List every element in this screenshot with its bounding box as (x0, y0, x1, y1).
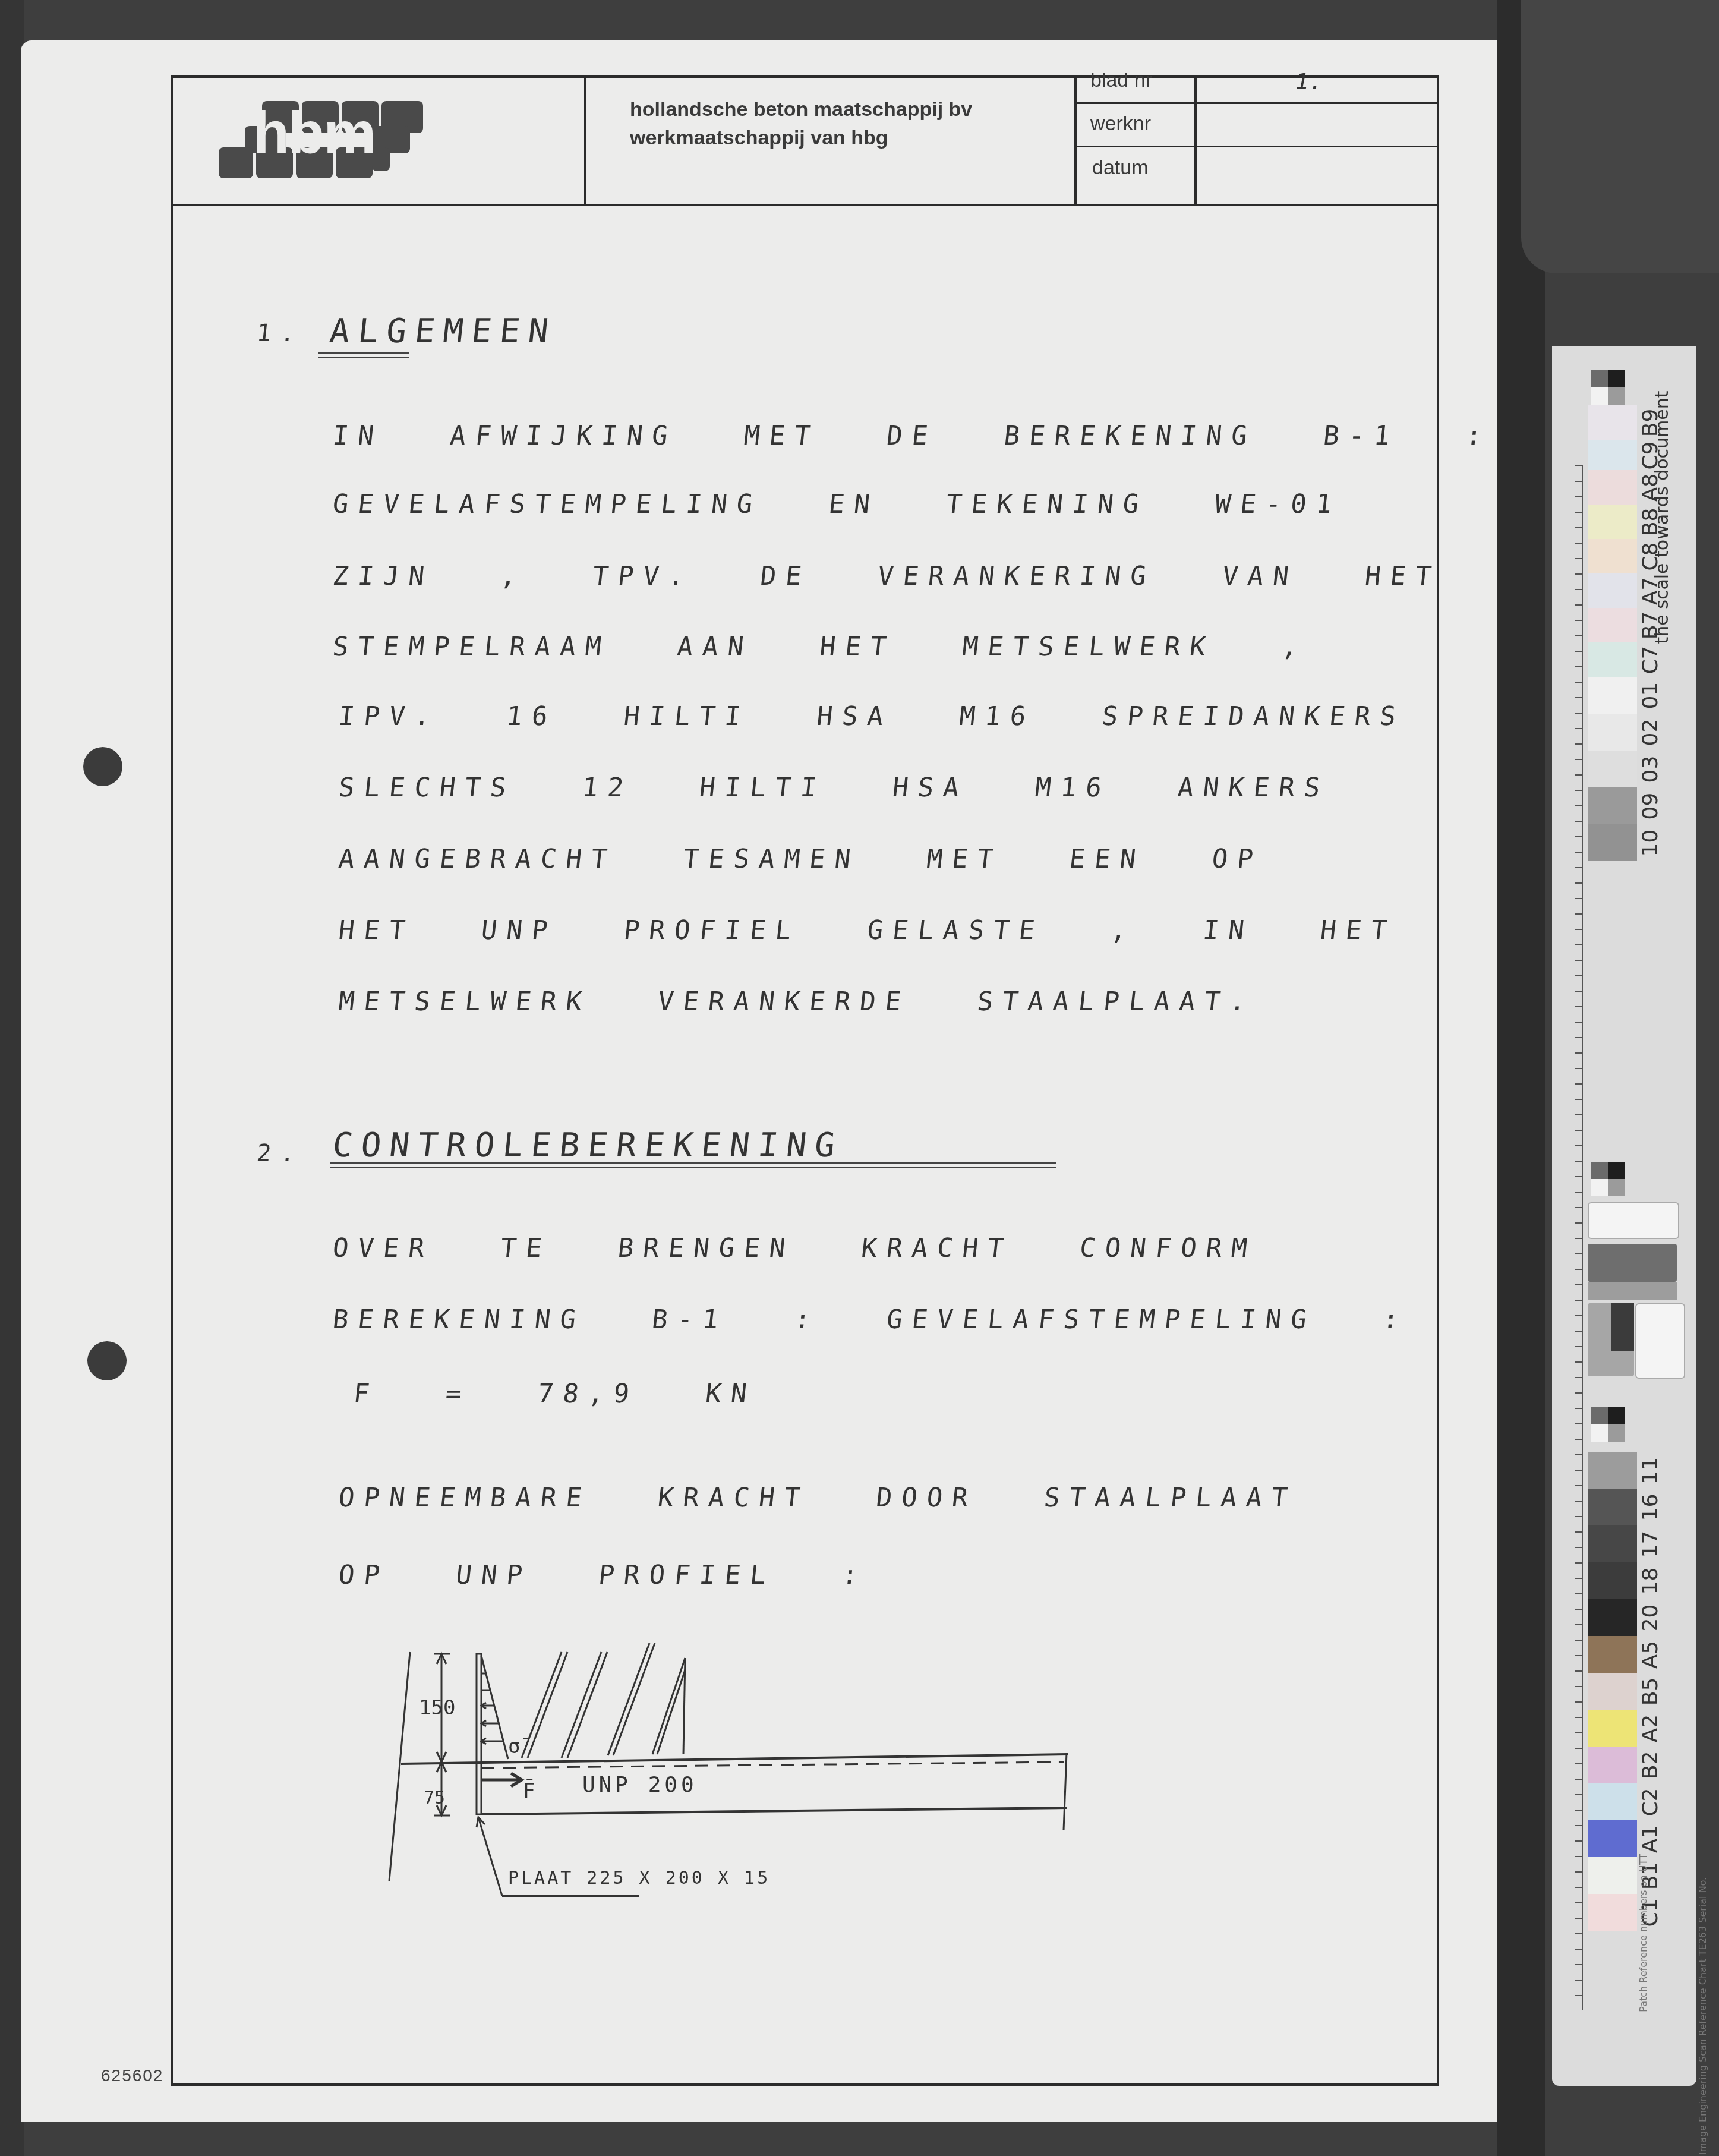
section-2-title: CONTROLEBEREKENING (331, 1126, 846, 1165)
strip-footnote: Image Engineering Scan Reference Chart T… (1697, 1877, 1708, 2155)
field-label-werknr: werknr (1090, 112, 1151, 135)
patch-label: B9 (1638, 405, 1663, 441)
form-number: 625602 (101, 2066, 163, 2085)
color-patch-a7 (1588, 573, 1637, 608)
patch-label: A5 (1638, 1637, 1663, 1673)
header-col-divider (1074, 75, 1077, 205)
patch-label: 17 (1638, 1527, 1663, 1562)
section-1-title: ALGEMEEN (328, 312, 559, 351)
resolution-target (1635, 1303, 1685, 1379)
section-1-line: GEVELAFSTEMPELING EN TEKENING WE-01 (331, 489, 1343, 519)
patch-label: B2 (1638, 1748, 1663, 1783)
color-patch-a2 (1588, 1710, 1637, 1747)
color-patch-a8 (1588, 470, 1637, 505)
color-patch-b7 (1588, 608, 1637, 642)
section-1-line: STEMPELRAAM AAN HET METSELWERK , (331, 632, 1308, 662)
gray-quad-target (1591, 1407, 1625, 1442)
color-patch-11 (1588, 1452, 1637, 1489)
force-label: F̄ (523, 1779, 535, 1803)
patch-label: 10 (1638, 825, 1663, 861)
patch-label: C8 (1638, 539, 1663, 575)
company-name: hollandsche beton maatschappij bv werkma… (630, 95, 972, 152)
color-patch-b1 (1588, 1857, 1637, 1894)
color-patch-c7 (1588, 642, 1637, 677)
patch-label: 02 (1638, 715, 1663, 751)
field-label-blad-nr: blad nr (1090, 69, 1152, 92)
section-1-underline (318, 352, 409, 358)
color-patch-02 (1588, 714, 1637, 751)
patch-label: C9 (1638, 438, 1663, 474)
company-line-2: werkmaatschappij van hbg (630, 124, 972, 152)
patch-label: 16 (1638, 1490, 1663, 1525)
company-line-1: hollandsche beton maatschappij bv (630, 95, 972, 124)
hbm-logo: hbm (219, 101, 428, 178)
color-patch-20 (1588, 1599, 1637, 1636)
section-1-line: ZIJN , TPV. DE VERANKERING VAN HET (331, 561, 1442, 591)
patch-label: 09 (1638, 789, 1663, 824)
color-patch-17 (1588, 1525, 1637, 1562)
section-2-line: OPNEEMBARE KRACHT DOOR STAALPLAAT (337, 1483, 1298, 1513)
logo-text: hbm (253, 103, 375, 163)
patch-label: A7 (1638, 573, 1663, 609)
gray-quad-target (1591, 370, 1625, 405)
patch-label: 03 (1638, 752, 1663, 787)
connection-sketch: 150 75 σ̄ F̄ UNP 200 PLAAT 225 X 200 X 1… (386, 1616, 1218, 1914)
section-1-number: 1. (256, 320, 306, 347)
color-patch-a1 (1588, 1820, 1637, 1857)
patch-label: 20 (1638, 1600, 1663, 1636)
section-2-number: 2. (256, 1140, 306, 1167)
patch-label: C2 (1638, 1785, 1663, 1820)
section-1-line: IPV. 16 HILTI HSA M16 SPREIDANKERS (337, 701, 1406, 732)
color-patch-16 (1588, 1489, 1637, 1525)
color-patch-b8 (1588, 505, 1637, 539)
color-patch-b5 (1588, 1673, 1637, 1710)
patch-label: A1 (1638, 1821, 1663, 1857)
section-1-line: SLECHTS 12 HILTI HSA M16 ANKERS (337, 773, 1331, 803)
mm-ruler (1567, 465, 1583, 2010)
color-patch-b9 (1588, 405, 1637, 440)
color-calibration-strip: the scale towards document B9C9A8B8C8A7B… (1552, 346, 1696, 2086)
patch-label: 11 (1638, 1453, 1663, 1489)
section-1-line: METSELWERK VERANKERDE STAALPLAAT. (337, 986, 1257, 1017)
resolution-target (1588, 1202, 1679, 1239)
punch-hole (83, 747, 122, 786)
color-patch-01 (1588, 677, 1637, 714)
header-col-divider (1194, 75, 1197, 205)
binder-panel (1521, 0, 1719, 273)
section-2-line: OP UNP PROFIEL : (337, 1560, 869, 1590)
color-patch-03 (1588, 751, 1637, 787)
dim-upper: 150 (419, 1696, 455, 1720)
section-1-line: AANGEBRACHT TESAMEN MET EEN OP (337, 844, 1264, 874)
binder-edge-left (0, 0, 24, 2156)
patch-label: 18 (1638, 1564, 1663, 1599)
header-divider (171, 204, 1439, 206)
patch-label: A2 (1638, 1711, 1663, 1747)
patch-label: 01 (1638, 678, 1663, 714)
plate-label: PLAAT 225 X 200 X 15 (508, 1868, 770, 1889)
force-value: F = 78,9 KN (352, 1379, 758, 1409)
gray-bar-target (1588, 1282, 1677, 1300)
punch-hole (87, 1341, 127, 1380)
patch-label: B8 (1638, 505, 1663, 540)
section-2-underline (330, 1162, 1056, 1168)
header-row-divider (1074, 146, 1439, 147)
color-patch-b2 (1588, 1747, 1637, 1783)
patch-label: B5 (1638, 1674, 1663, 1710)
color-patch-09 (1588, 787, 1637, 824)
binder-edge-right (1497, 0, 1545, 2156)
patch-label: B7 (1638, 608, 1663, 644)
section-2-line: BEREKENING B-1 : GEVELAFSTEMPELING : (331, 1304, 1409, 1335)
color-patch-10 (1588, 824, 1637, 861)
color-patch-c2 (1588, 1783, 1637, 1820)
color-patch-c8 (1588, 539, 1637, 573)
patch-label: C7 (1638, 642, 1663, 678)
gray-bar-target (1588, 1244, 1677, 1282)
color-patch-18 (1588, 1562, 1637, 1599)
section-1-line: HET UNP PROFIEL GELASTE , IN HET (337, 915, 1398, 945)
header-row-divider (1074, 102, 1439, 104)
dim-lower: 75 (424, 1788, 445, 1808)
header-col-divider (584, 75, 586, 205)
gray-quad-target (1591, 1162, 1625, 1196)
strip-footnote: Patch Reference numbers on UTT (1638, 1854, 1649, 2012)
color-patch-c1 (1588, 1894, 1637, 1931)
section-2-line: OVER TE BRENGEN KRACHT CONFORM (331, 1233, 1258, 1263)
field-value-blad-nr: 1. (1295, 68, 1323, 94)
field-label-datum: datum (1092, 156, 1149, 179)
color-patch-c9 (1588, 440, 1637, 470)
color-patch-a5 (1588, 1636, 1637, 1673)
section-1-line: IN AFWIJKING MET DE BEREKENING B-1 : (331, 421, 1493, 451)
patch-label: A8 (1638, 470, 1663, 506)
profile-label: UNP 200 (582, 1773, 698, 1797)
